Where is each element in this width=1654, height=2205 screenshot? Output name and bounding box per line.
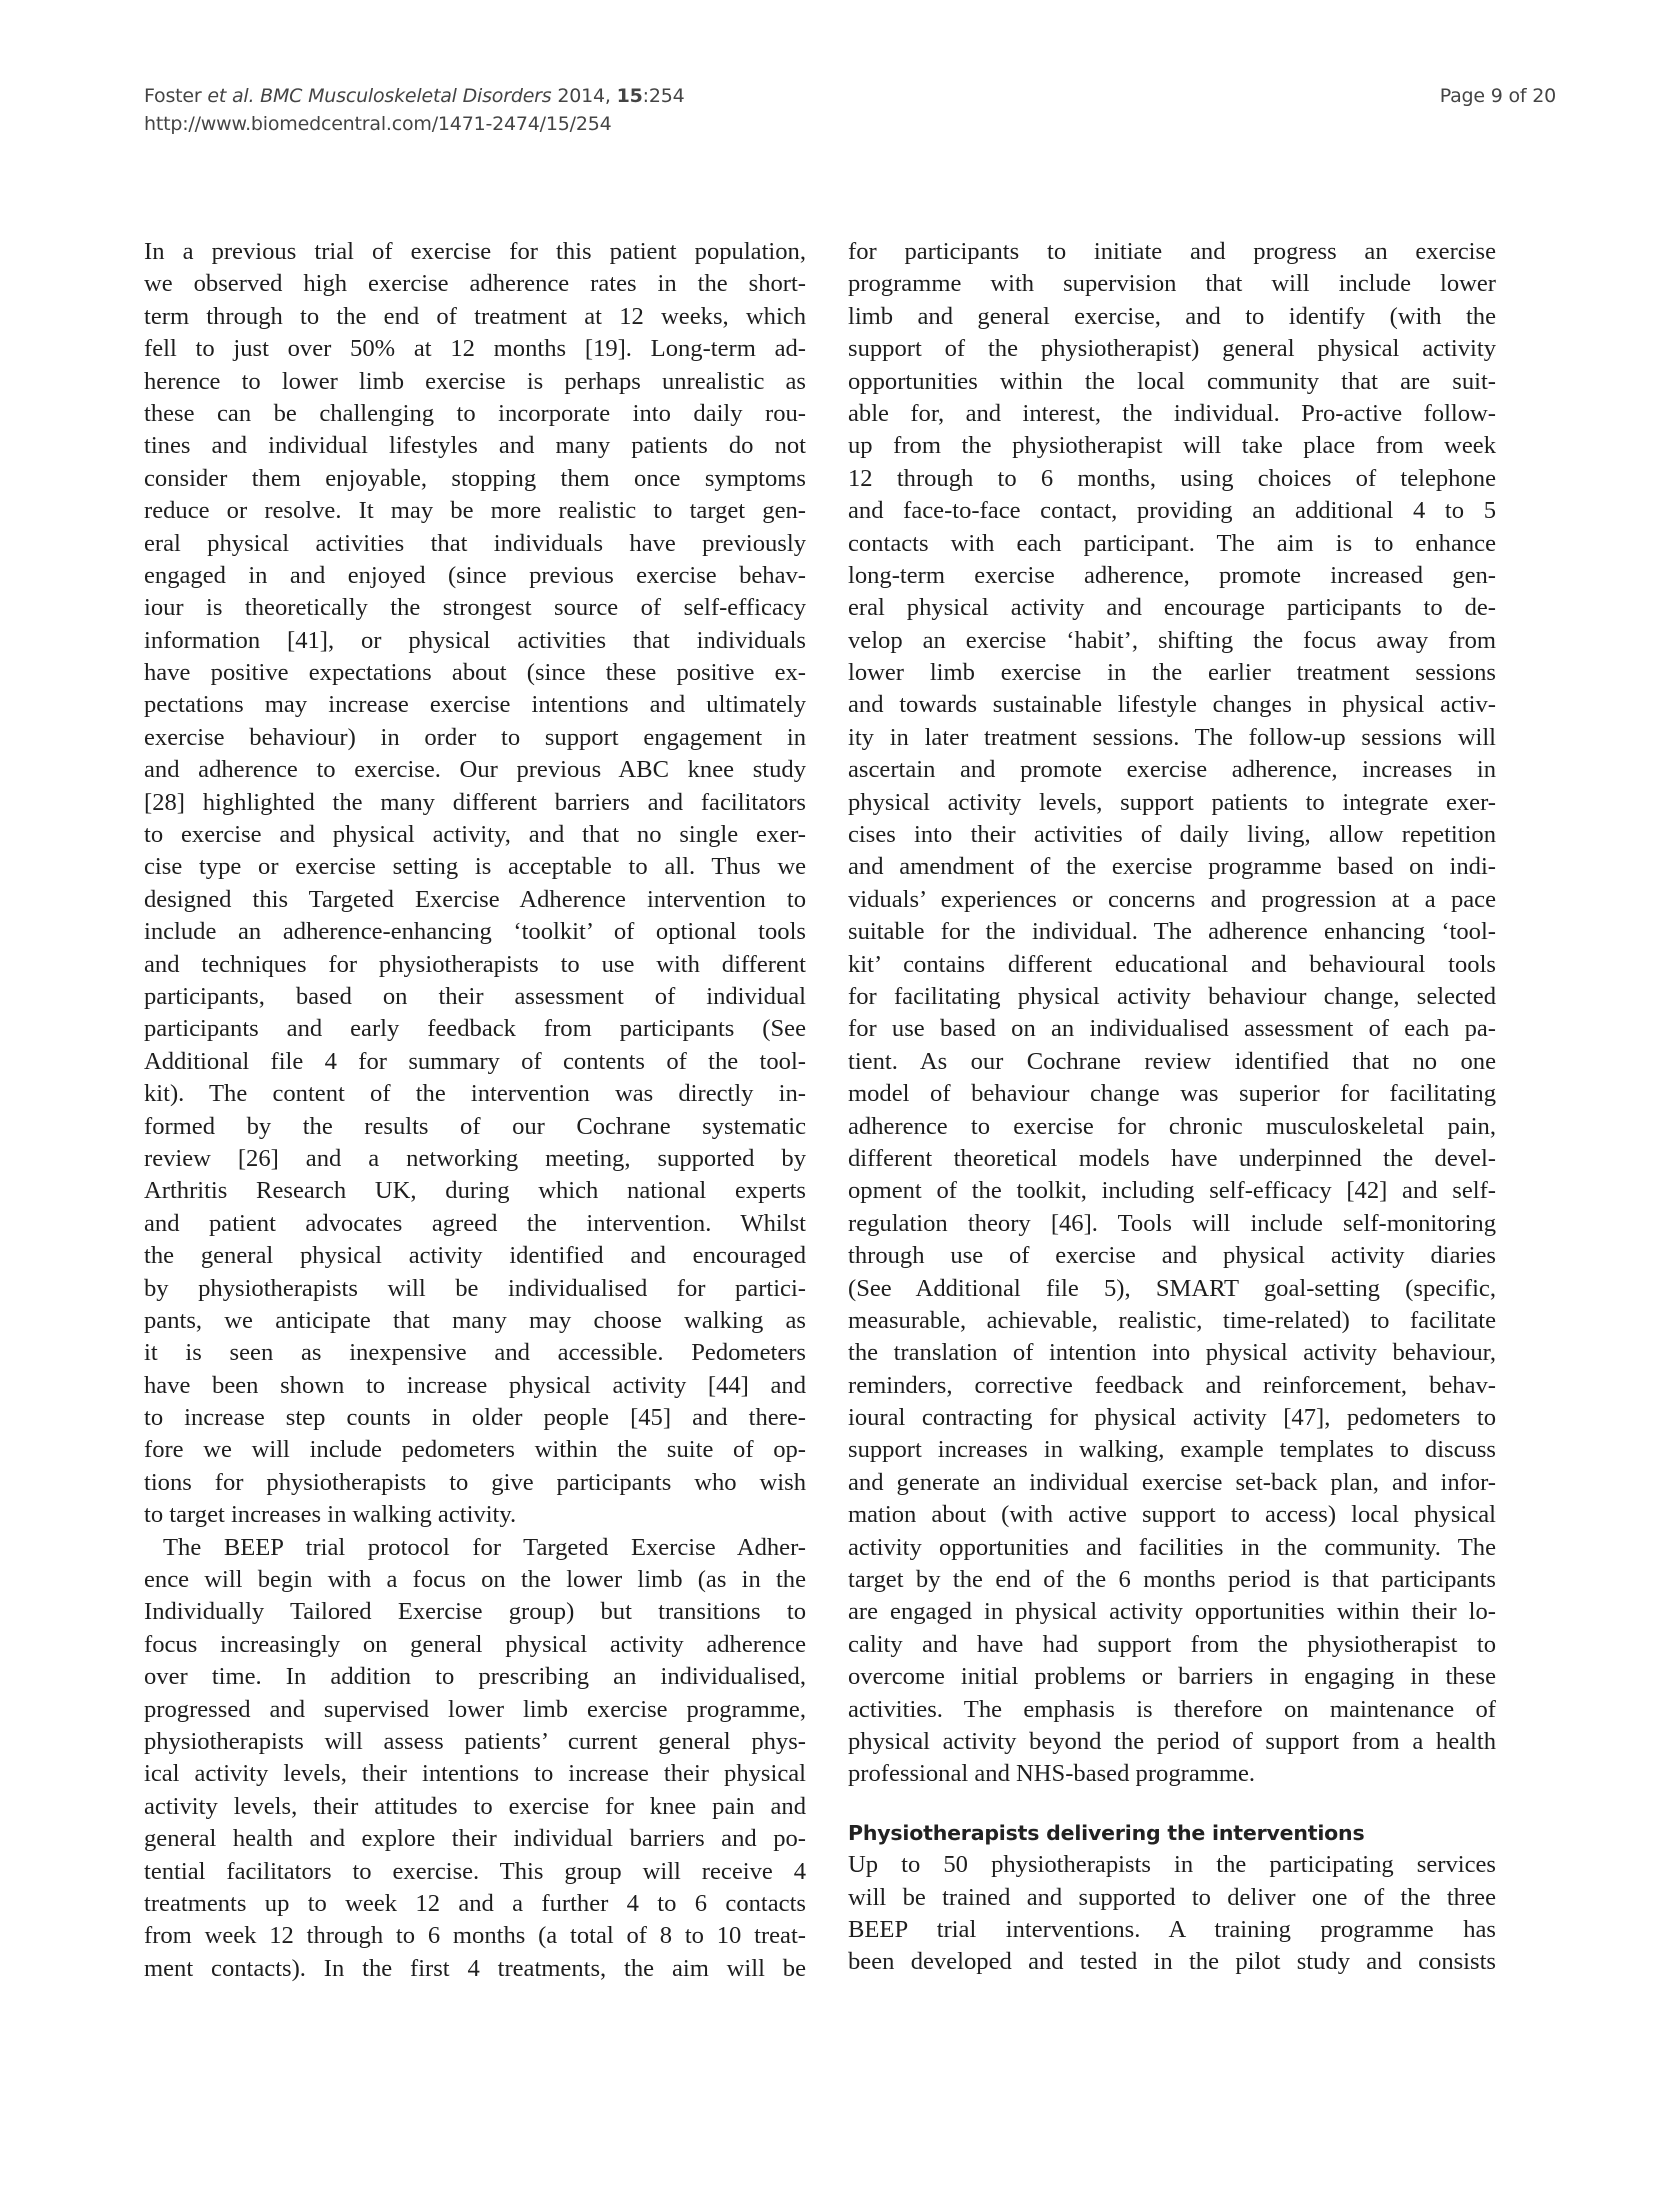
body-text-line: tions for physiotherapists to give parti… (144, 1467, 806, 1499)
body-text-line: model of behaviour change was superior f… (848, 1078, 1496, 1110)
left-column: In a previous trial of exercise for this… (144, 236, 806, 1985)
body-text-line: measurable, achievable, realistic, time-… (848, 1305, 1496, 1337)
body-text-line: tient. As our Cochrane review identified… (848, 1046, 1496, 1078)
body-text-line: and generate an individual exercise set-… (848, 1467, 1496, 1499)
body-text-line: tines and individual lifestyles and many… (144, 430, 806, 462)
body-text-line: suitable for the individual. The adheren… (848, 916, 1496, 948)
body-text-line: through use of exercise and physical act… (848, 1240, 1496, 1272)
body-text-line: target by the end of the 6 months period… (848, 1564, 1496, 1596)
body-text-line: term through to the end of treatment at … (144, 301, 806, 333)
body-text-line: programme with supervision that will inc… (848, 268, 1496, 300)
body-text-line: eral physical activity and encourage par… (848, 592, 1496, 624)
body-text-line: to target increases in walking activity. (144, 1499, 806, 1531)
body-text-line: physical activity beyond the period of s… (848, 1726, 1496, 1758)
body-text-line: adherence to exercise for chronic muscul… (848, 1111, 1496, 1143)
body-text-line: up from the physiotherapist will take pl… (848, 430, 1496, 462)
body-text-line: activity levels, their attitudes to exer… (144, 1791, 806, 1823)
body-text-line: will be trained and supported to deliver… (848, 1882, 1496, 1914)
body-text-line: it is seen as inexpensive and accessible… (144, 1337, 806, 1369)
body-text-line: opportunities within the local community… (848, 366, 1496, 398)
body-text-line: limb and general exercise, and to identi… (848, 301, 1496, 333)
body-text-line: ence will begin with a focus on the lowe… (144, 1564, 806, 1596)
body-text-line: (See Additional file 5), SMART goal-sett… (848, 1273, 1496, 1305)
body-text-line: ment contacts). In the first 4 treatment… (144, 1953, 806, 1985)
body-text-line: fell to just over 50% at 12 months [19].… (144, 333, 806, 365)
article-url[interactable]: http://www.biomedcentral.com/1471-2474/1… (144, 113, 612, 135)
body-text-line: tential facilitators to exercise. This g… (144, 1856, 806, 1888)
body-text-line: and techniques for physiotherapists to u… (144, 949, 806, 981)
body-text-line: viduals’ experiences or concerns and pro… (848, 884, 1496, 916)
citation-article: :254 (643, 85, 685, 107)
body-text-line: Up to 50 physiotherapists in the partici… (848, 1849, 1496, 1881)
body-text-line: physical activity levels, support patien… (848, 787, 1496, 819)
body-text-line: ascertain and promote exercise adherence… (848, 754, 1496, 786)
body-text-line: reduce or resolve. It may be more realis… (144, 495, 806, 527)
body-text-line: have been shown to increase physical act… (144, 1370, 806, 1402)
body-text-line: engaged in and enjoyed (since previous e… (144, 560, 806, 592)
citation-authors: Foster (144, 85, 207, 107)
citation-year: 2014, (552, 85, 617, 107)
body-text-line: activity opportunities and facilities in… (848, 1532, 1496, 1564)
body-text-line: The BEEP trial protocol for Targeted Exe… (144, 1532, 806, 1564)
body-text-line: general health and explore their individ… (144, 1823, 806, 1855)
body-text-line: pectations may increase exercise intenti… (144, 689, 806, 721)
body-text-line: for participants to initiate and progres… (848, 236, 1496, 268)
body-text-line: we observed high exercise adherence rate… (144, 268, 806, 300)
body-text-line: review [26] and a networking meeting, su… (144, 1143, 806, 1175)
body-text-line: opment of the toolkit, including self-ef… (848, 1175, 1496, 1207)
body-text-line: from week 12 through to 6 months (a tota… (144, 1920, 806, 1952)
body-text-line: regulation theory [46]. Tools will inclu… (848, 1208, 1496, 1240)
body-text-line: and face-to-face contact, providing an a… (848, 495, 1496, 527)
body-text-line: and patient advocates agreed the interve… (144, 1208, 806, 1240)
body-text-line: [28] highlighted the many different barr… (144, 787, 806, 819)
citation-journal: et al. BMC Musculoskeletal Disorders (207, 85, 551, 107)
body-text-line: focus increasingly on general physical a… (144, 1629, 806, 1661)
body-text-line: progressed and supervised lower limb exe… (144, 1694, 806, 1726)
body-text-line: been developed and tested in the pilot s… (848, 1946, 1496, 1978)
body-text-line: participants and early feedback from par… (144, 1013, 806, 1045)
body-text-line: and towards sustainable lifestyle change… (848, 689, 1496, 721)
body-text-line: by physiotherapists will be individualis… (144, 1273, 806, 1305)
body-text-line: Arthritis Research UK, during which nati… (144, 1175, 806, 1207)
body-text-line: and amendment of the exercise programme … (848, 851, 1496, 883)
body-text-line: velop an exercise ‘habit’, shifting the … (848, 625, 1496, 657)
body-text-line: consider them enjoyable, stopping them o… (144, 463, 806, 495)
body-text-line: to increase step counts in older people … (144, 1402, 806, 1434)
journal-citation: Foster et al. BMC Musculoskeletal Disord… (144, 85, 685, 107)
body-text-line: kit’ contains different educational and … (848, 949, 1496, 981)
body-text-line: Additional file 4 for summary of content… (144, 1046, 806, 1078)
body-text-line: herence to lower limb exercise is perhap… (144, 366, 806, 398)
body-text-line: support of the physiotherapist) general … (848, 333, 1496, 365)
body-text-line: the general physical activity identified… (144, 1240, 806, 1272)
section-heading: Physiotherapists delivering the interven… (848, 1817, 1496, 1849)
body-text-line: able for, and interest, the individual. … (848, 398, 1496, 430)
body-text-line: over time. In addition to prescribing an… (144, 1661, 806, 1693)
body-text-line: for facilitating physical activity behav… (848, 981, 1496, 1013)
body-text-line: 12 through to 6 months, using choices of… (848, 463, 1496, 495)
body-text-line: exercise behaviour) in order to support … (144, 722, 806, 754)
body-text-line: to exercise and physical activity, and t… (144, 819, 806, 851)
body-text-line: cises into their activities of daily liv… (848, 819, 1496, 851)
body-text-line: contacts with each participant. The aim … (848, 528, 1496, 560)
body-text-line: Individually Tailored Exercise group) bu… (144, 1596, 806, 1628)
body-text-line: iour is theoretically the strongest sour… (144, 592, 806, 624)
body-text-line: treatments up to week 12 and a further 4… (144, 1888, 806, 1920)
body-text-line: formed by the results of our Cochrane sy… (144, 1111, 806, 1143)
body-text-line: reminders, corrective feedback and reinf… (848, 1370, 1496, 1402)
body-text-line: cise type or exercise setting is accepta… (144, 851, 806, 883)
body-text-line: the translation of intention into physic… (848, 1337, 1496, 1369)
body-text-line: overcome initial problems or barriers in… (848, 1661, 1496, 1693)
body-text-line: designed this Targeted Exercise Adherenc… (144, 884, 806, 916)
body-text-line: physiotherapists will assess patients’ c… (144, 1726, 806, 1758)
body-text-line: professional and NHS-based programme. (848, 1758, 1496, 1790)
body-text-line: information [41], or physical activities… (144, 625, 806, 657)
body-text-line: for use based on an individualised asses… (848, 1013, 1496, 1045)
body-text-line: eral physical activities that individual… (144, 528, 806, 560)
body-text-line: different theoretical models have underp… (848, 1143, 1496, 1175)
body-text-line: fore we will include pedometers within t… (144, 1434, 806, 1466)
body-text-line: cality and have had support from the phy… (848, 1629, 1496, 1661)
body-text-line: long-term exercise adherence, promote in… (848, 560, 1496, 592)
body-text-line: mation about (with active support to acc… (848, 1499, 1496, 1531)
body-text-line: are engaged in physical activity opportu… (848, 1596, 1496, 1628)
body-text-line: have positive expectations about (since … (144, 657, 806, 689)
body-text-line: support increases in walking, example te… (848, 1434, 1496, 1466)
body-text-line: ity in later treatment sessions. The fol… (848, 722, 1496, 754)
body-text-line: ioural contracting for physical activity… (848, 1402, 1496, 1434)
body-text-line: participants, based on their assessment … (144, 981, 806, 1013)
citation-volume: 15 (617, 85, 643, 107)
body-text-line: kit). The content of the intervention wa… (144, 1078, 806, 1110)
body-text-line: include an adherence-enhancing ‘toolkit’… (144, 916, 806, 948)
body-text-line: pants, we anticipate that many may choos… (144, 1305, 806, 1337)
body-text-line: lower limb exercise in the earlier treat… (848, 657, 1496, 689)
body-text-line: and adherence to exercise. Our previous … (144, 754, 806, 786)
body-text-line: ical activity levels, their intentions t… (144, 1758, 806, 1790)
body-text-line: In a previous trial of exercise for this… (144, 236, 806, 268)
body-text-line: these can be challenging to incorporate … (144, 398, 806, 430)
page-number: Page 9 of 20 (1440, 85, 1556, 107)
right-column: for participants to initiate and progres… (848, 236, 1496, 1979)
body-text-line: activities. The emphasis is therefore on… (848, 1694, 1496, 1726)
body-text-line: BEEP trial interventions. A training pro… (848, 1914, 1496, 1946)
